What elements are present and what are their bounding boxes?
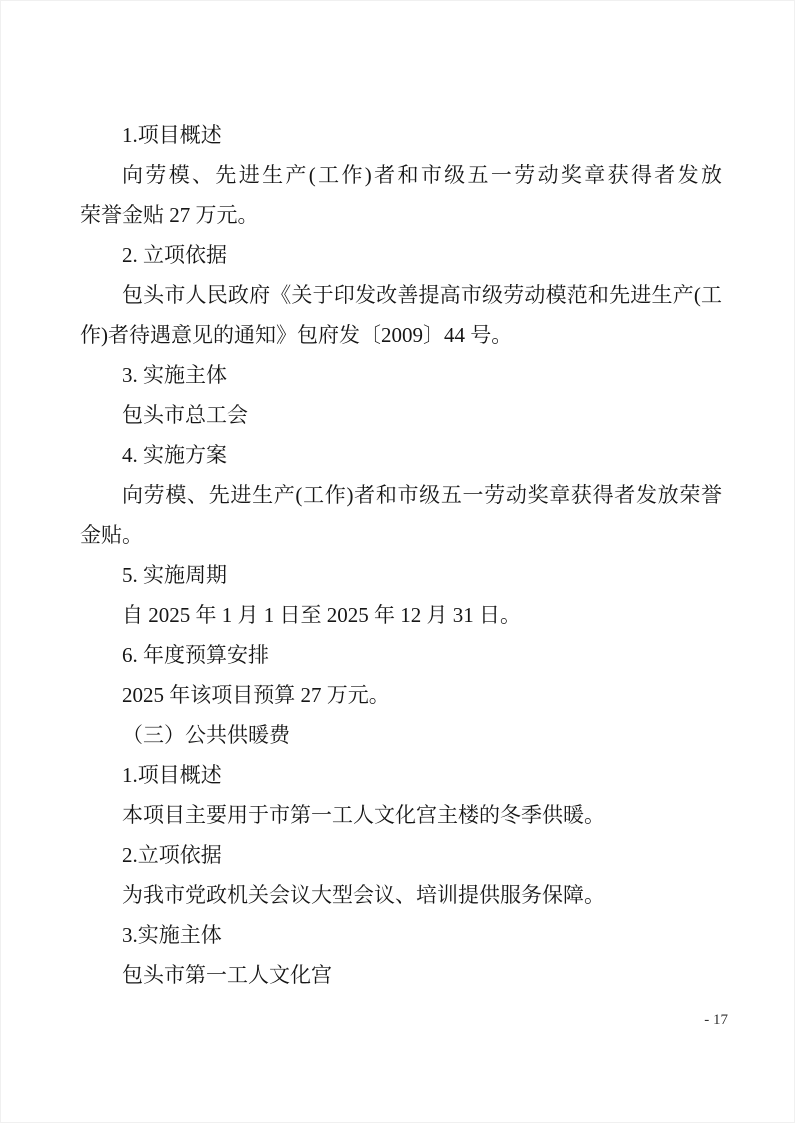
- paragraph-line: 包头市人民政府《关于印发改善提高市级劳动模范和先进生产(工: [80, 275, 722, 315]
- section-heading: 3. 实施主体: [80, 355, 722, 395]
- paragraph-line: 向劳模、先进生产(工作)者和市级五一劳动奖章获得者发放: [80, 155, 722, 195]
- section-heading: 2. 立项依据: [80, 235, 722, 275]
- section-heading: 5. 实施周期: [80, 555, 722, 595]
- section-heading: 3.实施主体: [80, 915, 722, 955]
- section-heading: 2.立项依据: [80, 835, 722, 875]
- paragraph-line: 包头市第一工人文化宫: [80, 955, 722, 995]
- section-heading: 1.项目概述: [80, 755, 722, 795]
- paragraph-line: 包头市总工会: [80, 395, 722, 435]
- paragraph-line: 本项目主要用于市第一工人文化宫主楼的冬季供暖。: [80, 795, 722, 835]
- paragraph-line: 为我市党政机关会议大型会议、培训提供服务保障。: [80, 875, 722, 915]
- paragraph-line: 向劳模、先进生产(工作)者和市级五一劳动奖章获得者发放荣誉: [80, 475, 722, 515]
- section-heading: 4. 实施方案: [80, 435, 722, 475]
- document-page: 1.项目概述 向劳模、先进生产(工作)者和市级五一劳动奖章获得者发放 荣誉金贴 …: [0, 0, 795, 1123]
- page-number: - 17: [0, 1008, 728, 1032]
- subsection-title: （三）公共供暖费: [80, 715, 722, 755]
- section-heading: 6. 年度预算安排: [80, 635, 722, 675]
- paragraph-line: 金贴。: [80, 515, 722, 555]
- paragraph-line: 2025 年该项目预算 27 万元。: [80, 675, 722, 715]
- paragraph-line: 作)者待遇意见的通知》包府发〔2009〕44 号。: [80, 315, 722, 355]
- section-heading: 1.项目概述: [80, 115, 722, 155]
- document-body: 1.项目概述 向劳模、先进生产(工作)者和市级五一劳动奖章获得者发放 荣誉金贴 …: [80, 115, 722, 995]
- paragraph-line: 荣誉金贴 27 万元。: [80, 195, 722, 235]
- paragraph-line: 自 2025 年 1 月 1 日至 2025 年 12 月 31 日。: [80, 595, 722, 635]
